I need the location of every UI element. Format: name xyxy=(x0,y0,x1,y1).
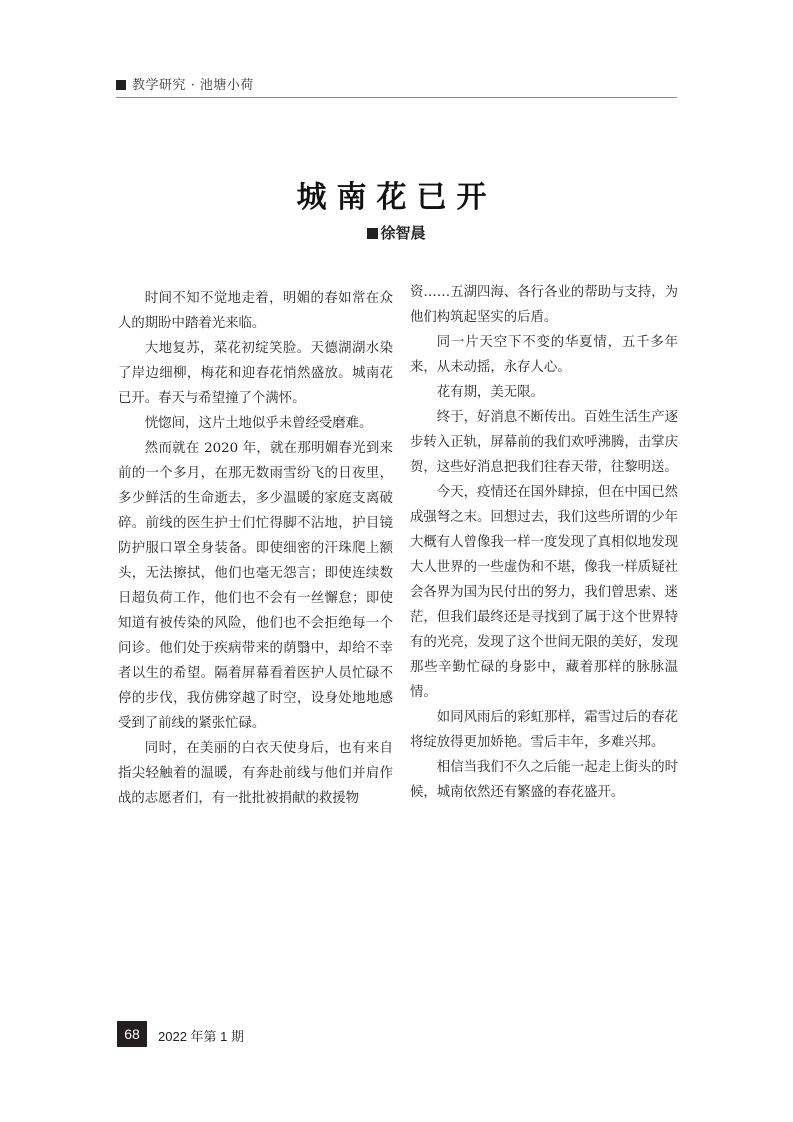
author-name: 徐智晨 xyxy=(380,224,425,242)
paragraph: 时间不知不觉地走着，明媚的春如常在众人的期盼中踏着光来临。 xyxy=(118,286,393,336)
paragraph: 今天，疫情还在国外肆掠，但在中国已然成强弩之末。回想过去，我们这些所谓的少年大概… xyxy=(410,480,678,705)
paragraph: 恍惚间，这片土地似乎未曾经受磨难。 xyxy=(118,411,393,436)
paragraph: 相信当我们不久之后能一起走上街头的时候，城南依然还有繁盛的春花盛开。 xyxy=(410,755,678,805)
paragraph: 终于，好消息不断传出。百姓生活生产逐步转入正轨，屏幕前的我们欢呼沸腾，击掌庆贺，… xyxy=(410,405,678,480)
article-title: 城南花已开 xyxy=(0,172,793,216)
header-rule xyxy=(116,97,677,98)
paragraph: 花有期，美无限。 xyxy=(410,380,678,405)
issue-label: 2022 年第 1 期 xyxy=(158,1026,244,1045)
square-bullet-icon xyxy=(367,228,378,239)
paragraph: 同时，在美丽的白衣天使身后，也有来自指尖轻触着的温暖，有奔赴前线与他们并肩作战的… xyxy=(118,736,393,811)
paragraph: 同一片天空下不变的华夏情，五千多年来，从未动摇，永存人心。 xyxy=(410,330,678,380)
paragraph: 然而就在 2020 年，就在那明媚春光到来前的一个多月，在那无数雨雪纷飞的日夜里… xyxy=(118,436,393,736)
running-header: 教学研究 · 池塘小荷 xyxy=(116,74,677,96)
paragraph: 大地复苏，菜花初绽笑脸。天德湖湖水染了岸边细柳，梅花和迎春花悄然盛放。城南花已开… xyxy=(118,336,393,411)
left-column: 时间不知不觉地走着，明媚的春如常在众人的期盼中踏着光来临。 大地复苏，菜花初绽笑… xyxy=(118,286,393,811)
author-byline: 徐智晨 xyxy=(0,222,793,243)
paragraph-continued: 资……五湖四海、各行各业的帮助与支持，为他们构筑起坚实的后盾。 xyxy=(410,280,678,330)
section-label: 教学研究 · 池塘小荷 xyxy=(132,78,254,93)
square-bullet-icon xyxy=(116,80,126,90)
paragraph: 如同风雨后的彩虹那样，霜雪过后的春花将绽放得更加娇艳。雪后丰年，多难兴邦。 xyxy=(410,705,678,755)
page-number: 68 xyxy=(117,1021,147,1047)
right-column: 资……五湖四海、各行各业的帮助与支持，为他们构筑起坚实的后盾。 同一片天空下不变… xyxy=(410,280,678,805)
